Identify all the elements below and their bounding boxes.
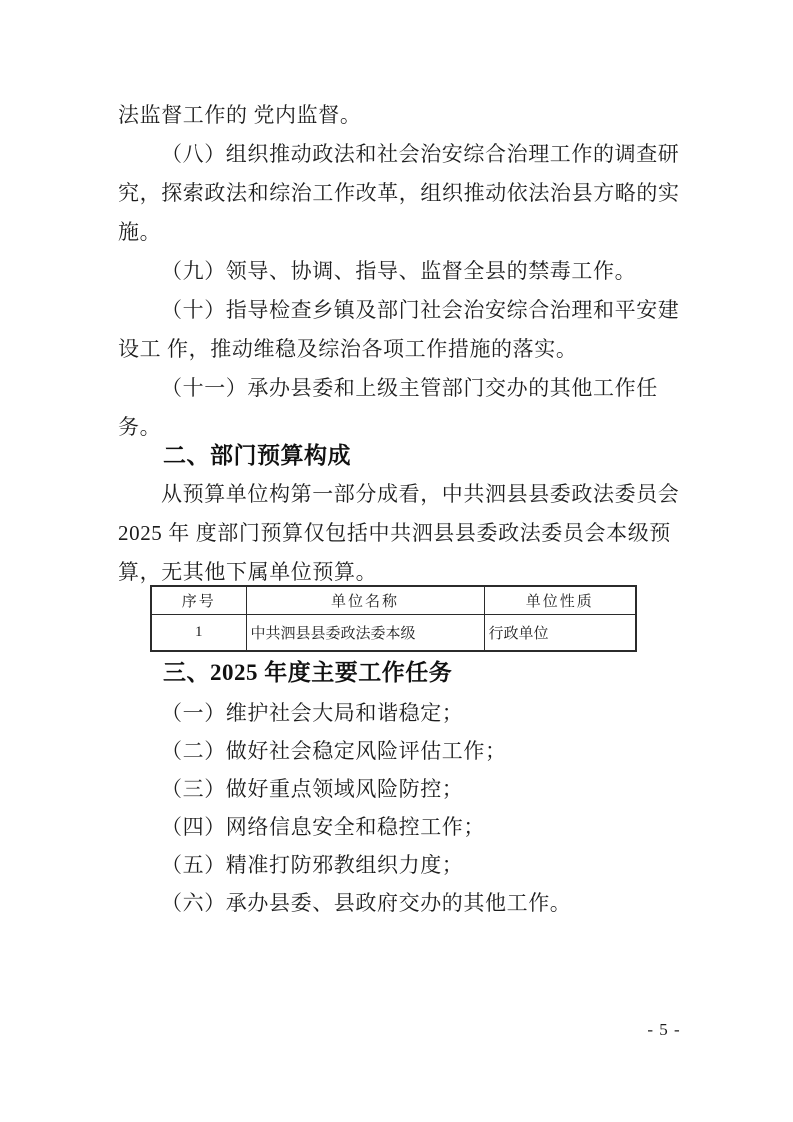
paragraph-11-line: （十一）承办县委和上级主管部门交办的其他工作任 (118, 369, 681, 408)
page-number: - 5 - (640, 1020, 688, 1040)
paragraph-continuation-line: 法监督工作的 党内监督。 (118, 96, 681, 135)
task-item: （五）精准打防邪教组织力度； (118, 846, 681, 884)
task-item: （三）做好重点领域风险防控； (118, 770, 681, 808)
paragraph-8-line: （八）组织推动政法和社会治安综合治理工作的调查研 (118, 135, 681, 174)
paragraph-10-line: 设工 作，推动维稳及综治各项工作措施的落实。 (118, 330, 681, 369)
task-item: （四）网络信息安全和稳控工作； (118, 808, 681, 846)
table-cell-unit-type: 行政单位 (484, 615, 636, 652)
table-row: 1 中共泗县县委政法委本级 行政单位 (151, 615, 636, 652)
paragraph-8-line: 施。 (118, 213, 681, 252)
budget-paragraph-line: 从预算单位构第一部分成看，中共泗县县委政法委员会 (118, 475, 681, 514)
task-item: （六）承办县委、县政府交办的其他工作。 (118, 884, 681, 922)
budget-paragraph-line: 2025 年 度部门预算仅包括中共泗县县委政法委员会本级预 (118, 514, 681, 553)
budget-units-table: 序号 单位名称 单位性质 1 中共泗县县委政法委本级 行政单位 (150, 585, 637, 652)
task-item: （二）做好社会稳定风险评估工作； (118, 732, 681, 770)
table-cell-seq: 1 (151, 615, 246, 652)
document-body: 法监督工作的 党内监督。 （八）组织推动政法和社会治安综合治理工作的调查研 究，… (118, 96, 681, 922)
table-cell-unit-name: 中共泗县县委政法委本级 (246, 615, 484, 652)
tasks-list: （一）维护社会大局和谐稳定； （二）做好社会稳定风险评估工作； （三）做好重点领… (118, 694, 681, 922)
document-page: 法监督工作的 党内监督。 （八）组织推动政法和社会治安综合治理工作的调查研 究，… (0, 0, 793, 1122)
table-header-unit-type: 单位性质 (484, 586, 636, 615)
section-heading-2025-tasks: 三、2025 年度主要工作任务 (118, 654, 681, 692)
paragraph-10-line: （十）指导检查乡镇及部门社会治安综合治理和平安建 (118, 291, 681, 330)
paragraph-8-line: 究，探索政法和综治工作改革，组织推动依法治县方略的实 (118, 174, 681, 213)
section-heading-budget-composition: 二、部门预算构成 (118, 437, 681, 475)
paragraph-9-line: （九）领导、协调、指导、监督全县的禁毒工作。 (118, 252, 681, 291)
task-item: （一）维护社会大局和谐稳定； (118, 694, 681, 732)
